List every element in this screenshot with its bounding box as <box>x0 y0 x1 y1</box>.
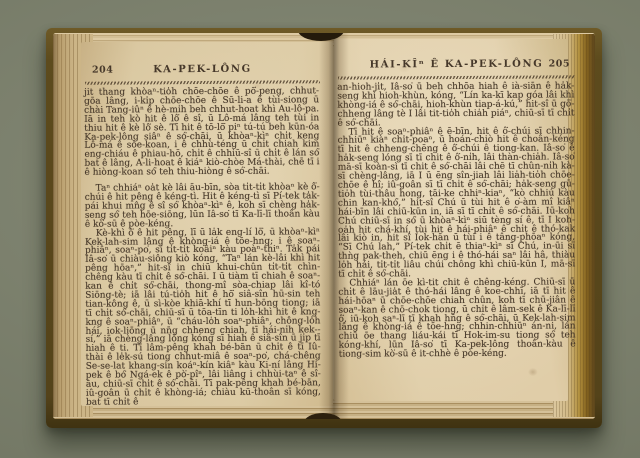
left-page-header: 204 KA-PEK-LÔNG <box>85 63 320 78</box>
paragraph: an-hioh-ji̍t, Iâ-so͘ ū beh chhōa hiah ê … <box>337 82 574 128</box>
paragraph: Chhiáⁿ lán ōe kì-tit chit ê chêng-kéng. … <box>338 278 575 359</box>
paragraph: Kè-khì ô͘ ê hit pêng, lī ū la̍k eng-lí l… <box>85 228 321 408</box>
right-page-header: HÁI-KÎⁿ Ê KA-PEK-LÔNG 205 <box>338 58 575 73</box>
left-running-header: KA-PEK-LÔNG <box>85 63 320 75</box>
paragraph: Taⁿ chhiáⁿ oa̍t kè lâi āu-bīn, sòa ti̍t-… <box>85 183 320 229</box>
book: 204 KA-PEK-LÔNG jit thang khòaⁿ-tio̍h ch… <box>46 28 602 428</box>
left-page-number: 204 <box>92 65 113 76</box>
paragraph: jit thang khòaⁿ-tio̍h chōe-chōe ê pō͘-pe… <box>84 87 320 177</box>
paragraph: Tī hit ê soaⁿ-phiâⁿ ê ē-bīn, hit ê ô͘-ch… <box>338 127 576 280</box>
open-pages: 204 KA-PEK-LÔNG jit thang khòaⁿ-tio̍h ch… <box>53 33 595 419</box>
right-page-number: 205 <box>549 58 570 69</box>
photo-background: 204 KA-PEK-LÔNG jit thang khòaⁿ-tio̍h ch… <box>0 0 640 458</box>
left-page-text: jit thang khòaⁿ-tio̍h chōe-chōe ê pō͘-pe… <box>84 87 321 407</box>
right-running-header: HÁI-KÎⁿ Ê KA-PEK-LÔNG <box>338 58 575 70</box>
right-page-text: an-hioh-ji̍t, Iâ-so͘ ū beh chhōa hiah ê … <box>337 82 575 359</box>
book-gutter-shadow <box>319 33 349 419</box>
